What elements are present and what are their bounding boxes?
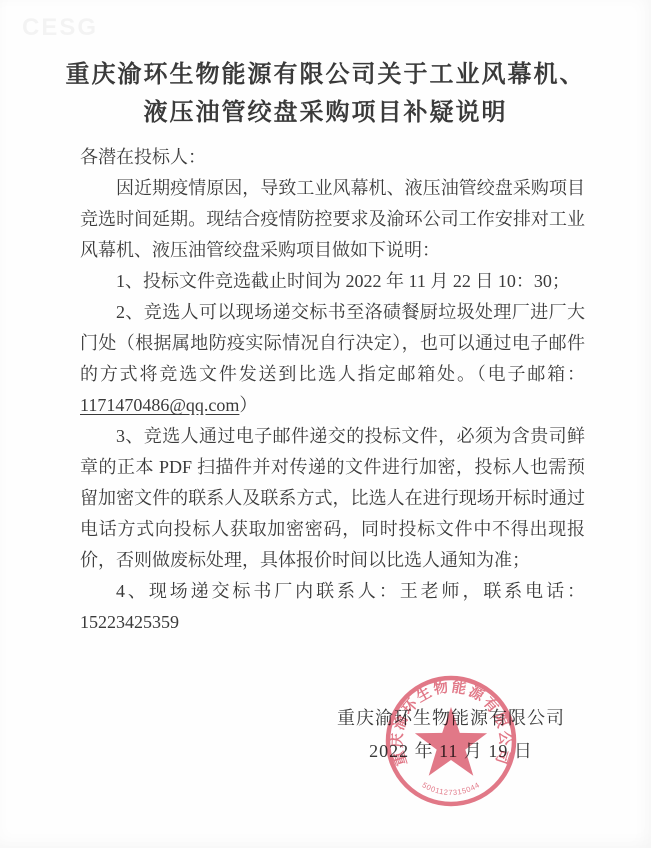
document-body: 各潜在投标人： 因近期疫情原因，导致工业风幕机、液压油管绞盘采购项目竞选时间延期… [0,142,651,638]
signature-date: 2022 年 11 月 19 日 [325,735,577,768]
paragraph-item4-text: 4、现场递交标书厂内联系人：王老师，联系电话： [116,581,585,601]
document-title-line1: 重庆渝环生物能源有限公司关于工业风幕机、 [0,56,651,94]
email-address: 1171470486@qq.com [80,395,239,415]
signature-company-name: 重庆渝环生物能源有限公司 [325,702,577,735]
paragraph-item4: 4、现场递交标书厂内联系人：王老师，联系电话：15223425359 [80,576,585,638]
paragraph-item1: 1、投标文件竞选截止时间为 2022 年 11 月 22 日 10：30； [80,266,585,297]
paragraph-intro: 因近期疫情原因，导致工业风幕机、液压油管绞盘采购项目竞选时间延期。现结合疫情防控… [80,173,585,266]
document-title: 重庆渝环生物能源有限公司关于工业风幕机、 液压油管绞盘采购项目补疑说明 [0,56,651,132]
contact-phone-number: 15223425359 [80,612,179,632]
paragraph-item2-closing: ） [239,395,257,415]
cesg-watermark: CESG [22,14,98,42]
paragraph-item2-text: 2、竞选人可以现场递交标书至洛碛餐厨垃圾处理厂进厂大门处（根据属地防疫实际情况自… [80,302,585,384]
document-title-line2: 液压油管绞盘采购项目补疑说明 [0,94,651,132]
paragraph-item3: 3、竞选人通过电子邮件递交的投标文件，必须为含贵司鲜章的正本 PDF 扫描件并对… [80,421,585,576]
seal-code-text: 5001127315044 [421,780,482,797]
scanned-document-page: { "page": { "watermark": "CESG" }, "docu… [0,0,651,848]
signature-block: 重庆渝环生物能源有限公司 2022 年 11 月 19 日 [325,702,577,768]
paragraph-item2: 2、竞选人可以现场递交标书至洛碛餐厨垃圾处理厂进厂大门处（根据属地防疫实际情况自… [80,297,585,421]
salutation: 各潜在投标人： [80,142,585,173]
seal-code-text-holder: 5001127315044 [421,780,482,797]
